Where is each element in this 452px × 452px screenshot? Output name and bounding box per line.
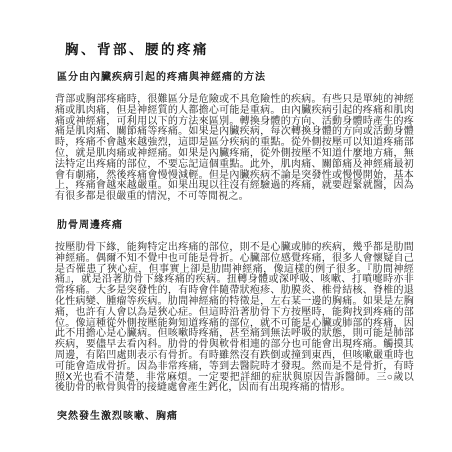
section-sudden-cough: 突然發生激烈咳嗽、胸痛 bbox=[55, 411, 414, 423]
paragraph-rib-pain: 按壓肋骨下緣，能夠特定出疼痛的部位，則不是心臟或肺的疾病，幾乎都是肋間神經痛。偶… bbox=[55, 243, 414, 394]
section-heading-rib-pain: 肋骨周邊疼痛 bbox=[57, 220, 414, 232]
paragraph-distinguish: 背部或胸部疼痛時，很難區分是危險或不具危險性的疾病。有些只是單純的神經痛或肌肉痛… bbox=[55, 95, 414, 203]
document-page: 胸、背部、腰的疼痛 區分由內臟疾病引起的疼痛與神經痛的方法 背部或胸部疼痛時，很… bbox=[0, 0, 452, 452]
section-heading-sudden-cough: 突然發生激烈咳嗽、胸痛 bbox=[57, 411, 414, 423]
section-distinguish-pain: 區分由內臟疾病引起的疼痛與神經痛的方法 背部或胸部疼痛時，很難區分是危險或不具危… bbox=[55, 72, 414, 203]
page-title: 胸、背部、腰的疼痛 bbox=[65, 42, 414, 57]
section-rib-pain: 肋骨周邊疼痛 按壓肋骨下緣，能夠特定出疼痛的部位，則不是心臟或肺的疾病，幾乎都是… bbox=[55, 220, 414, 394]
section-heading-distinguish: 區分由內臟疾病引起的疼痛與神經痛的方法 bbox=[57, 72, 414, 84]
